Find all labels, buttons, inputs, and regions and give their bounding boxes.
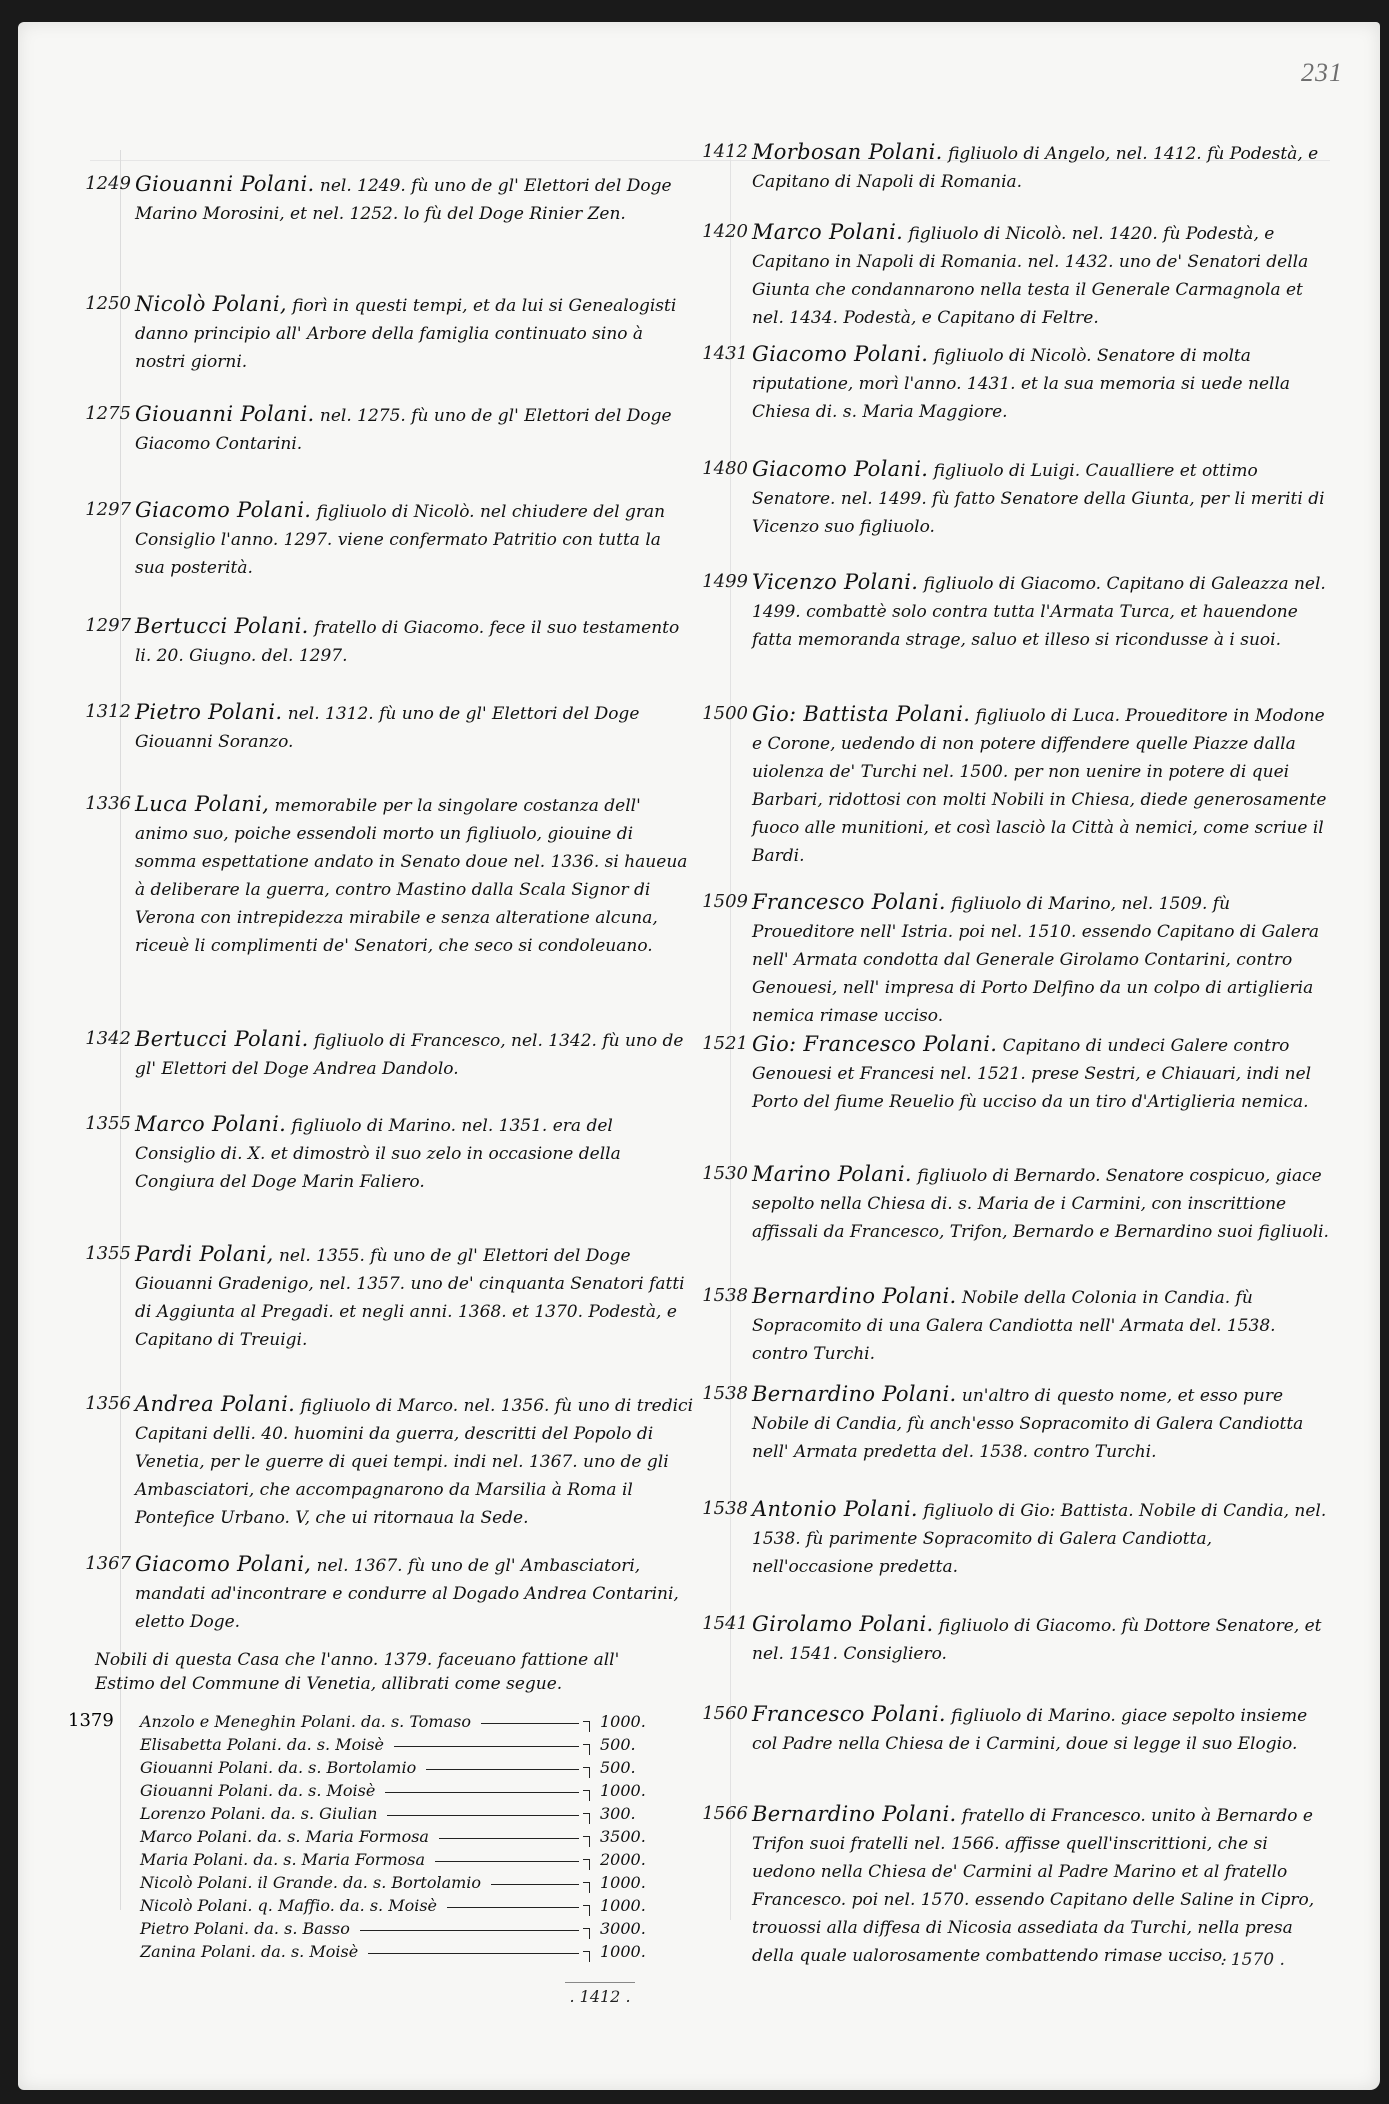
entry-year: 1499 — [684, 568, 748, 596]
estimo-amount: 1000. — [600, 1781, 660, 1800]
estimo-amount: 1000. — [600, 1873, 660, 1892]
entry-name: Marco Polani. — [135, 1112, 286, 1136]
entry: 1521Gio: Francesco Polani. Capitano di u… — [752, 1030, 1332, 1116]
entry-year: 1367 — [67, 1550, 131, 1578]
estimo-amount: 3000. — [600, 1919, 660, 1938]
leader-hook — [583, 1928, 590, 1939]
entry: 1249Giouanni Polani. nel. 1249. fù uno d… — [135, 170, 695, 228]
estimo-intro: Nobili di questa Casa che l'anno. 1379. … — [95, 1648, 675, 1696]
entry: 1530Marino Polani. figliuolo di Bernardo… — [752, 1160, 1332, 1246]
leader-hook — [583, 1951, 590, 1962]
leader-hook — [583, 1790, 590, 1801]
entry-year: 1541 — [684, 1610, 748, 1638]
entry-name: Pietro Polani. — [135, 700, 282, 724]
entry-year: 1538 — [684, 1380, 748, 1408]
entry-name: Pardi Polani, — [135, 1242, 274, 1266]
entry-text: figliuolo di Luca. Proueditore in Modone… — [752, 706, 1326, 866]
entry-year: 1500 — [684, 700, 748, 728]
estimo-row: Lorenzo Polani. da. s. Giulian300. — [140, 1802, 660, 1825]
entry: 1480Giacomo Polani. figliuolo di Luigi. … — [752, 455, 1332, 541]
right-footer-year: . 1570 . — [1220, 1950, 1285, 1970]
leader-hook — [583, 1744, 590, 1755]
estimo-row: Anzolo e Meneghin Polani. da. s. Tomaso1… — [140, 1710, 660, 1733]
estimo-row: Giouanni Polani. da. s. Bortolamio500. — [140, 1756, 660, 1779]
estimo-row: Marco Polani. da. s. Maria Formosa3500. — [140, 1825, 660, 1848]
entry: 1431Giacomo Polani. figliuolo di Nicolò.… — [752, 340, 1332, 426]
entry-name: Vicenzo Polani. — [752, 570, 918, 594]
leader-line — [368, 1953, 579, 1954]
estimo-amount: 1000. — [600, 1942, 660, 1961]
leader-line — [481, 1723, 579, 1724]
entry: 1509Francesco Polani. figliuolo di Marin… — [752, 888, 1332, 1030]
entry: 1342Bertucci Polani. figliuolo di France… — [135, 1025, 695, 1083]
entry-text: fratello di Francesco. unito à Bernardo … — [752, 1806, 1314, 1966]
entry-year: 1509 — [684, 888, 748, 916]
entry-name: Giouanni Polani. — [135, 402, 315, 426]
entry-name: Gio: Francesco Polani. — [752, 1032, 997, 1056]
entry: 1566Bernardino Polani. fratello di Franc… — [752, 1800, 1332, 1970]
entry-name: Francesco Polani. — [752, 1702, 946, 1726]
entry: 1250Nicolò Polani, fiorì in questi tempi… — [135, 290, 695, 376]
leader-line — [435, 1861, 579, 1862]
estimo-amount: 500. — [600, 1735, 660, 1754]
estimo-row: Maria Polani. da. s. Maria Formosa2000. — [140, 1848, 660, 1871]
entry: 1312Pietro Polani. nel. 1312. fù uno de … — [135, 698, 695, 756]
entry: 1541Girolamo Polani. figliuolo di Giacom… — [752, 1610, 1332, 1668]
entry-year: 1560 — [684, 1700, 748, 1728]
entry-name: Bernardino Polani. — [752, 1802, 956, 1826]
entry: 1355Pardi Polani, nel. 1355. fù uno de g… — [135, 1240, 695, 1354]
estimo-amount: 300. — [600, 1804, 660, 1823]
entry-year: 1250 — [67, 290, 131, 318]
entry-year: 1356 — [67, 1390, 131, 1418]
entry-year: 1312 — [67, 698, 131, 726]
entry: 1538Bernardino Polani. un'altro di quest… — [752, 1380, 1332, 1466]
entry-year: 1538 — [684, 1282, 748, 1310]
estimo-person: Marco Polani. da. s. Maria Formosa — [140, 1827, 429, 1846]
estimo-person: Giouanni Polani. da. s. Moisè — [140, 1781, 375, 1800]
entry-name: Marino Polani. — [752, 1162, 912, 1186]
entry: 1367Giacomo Polani, nel. 1367. fù uno de… — [135, 1550, 695, 1636]
entry-name: Morbosan Polani. — [752, 140, 943, 164]
estimo-year: 1379 — [68, 1710, 114, 1731]
entry-year: 1412 — [684, 138, 748, 166]
estimo-amount: 1000. — [600, 1896, 660, 1915]
entry-year: 1275 — [67, 400, 131, 428]
estimo-row: Nicolò Polani. q. Maffio. da. s. Moisè10… — [140, 1894, 660, 1917]
estimo-amount: 1000. — [600, 1712, 660, 1731]
entry-name: Giacomo Polani. — [752, 342, 928, 366]
entry-year: 1355 — [67, 1240, 131, 1268]
estimo-row: Elisabetta Polani. da. s. Moisè500. — [140, 1733, 660, 1756]
entry-name: Gio: Battista Polani. — [752, 702, 970, 726]
leader-hook — [583, 1721, 590, 1732]
leader-line — [426, 1769, 579, 1770]
entry-name: Giacomo Polani. — [752, 457, 928, 481]
entry: 1560Francesco Polani. figliuolo di Marin… — [752, 1700, 1332, 1758]
entry-year: 1342 — [67, 1025, 131, 1053]
entry: 1499Vicenzo Polani. figliuolo di Giacomo… — [752, 568, 1332, 654]
estimo-amount: 2000. — [600, 1850, 660, 1869]
entry: 1420Marco Polani. figliuolo di Nicolò. n… — [752, 218, 1332, 332]
entry-year: 1249 — [67, 170, 131, 198]
entry-year: 1336 — [67, 790, 131, 818]
entry-year: 1297 — [67, 496, 131, 524]
entry-name: Bertucci Polani. — [135, 614, 309, 638]
entry-year: 1297 — [67, 612, 131, 640]
entry: 1297Bertucci Polani. fratello di Giacomo… — [135, 612, 695, 670]
entry: 1500Gio: Battista Polani. figliuolo di L… — [752, 700, 1332, 870]
estimo-person: Anzolo e Meneghin Polani. da. s. Tomaso — [140, 1712, 471, 1731]
leader-line — [491, 1884, 579, 1885]
entry-year: 1538 — [684, 1495, 748, 1523]
estimo-person: Nicolò Polani. q. Maffio. da. s. Moisè — [140, 1896, 437, 1915]
leader-hook — [583, 1882, 590, 1893]
estimo-row: Nicolò Polani. il Grande. da. s. Bortola… — [140, 1871, 660, 1894]
entry-name: Luca Polani, — [135, 792, 269, 816]
estimo-person: Elisabetta Polani. da. s. Moisè — [140, 1735, 384, 1754]
entry-name: Andrea Polani. — [135, 1392, 295, 1416]
estimo-person: Pietro Polani. da. s. Basso — [140, 1919, 350, 1938]
entry: 1356Andrea Polani. figliuolo di Marco. n… — [135, 1390, 695, 1532]
entry: 1275Giouanni Polani. nel. 1275. fù uno d… — [135, 400, 695, 458]
entry: 1538Bernardino Polani. Nobile della Colo… — [752, 1282, 1332, 1368]
estimo-footer-year: . 1412 . — [565, 1982, 635, 2006]
entry-year: 1521 — [684, 1030, 748, 1058]
entry-name: Bernardino Polani. — [752, 1284, 956, 1308]
estimo-person: Lorenzo Polani. da. s. Giulian — [140, 1804, 377, 1823]
entry: 1538Antonio Polani. figliuolo di Gio: Ba… — [752, 1495, 1332, 1581]
entry-year: 1566 — [684, 1800, 748, 1828]
leader-line — [447, 1907, 579, 1908]
leader-hook — [583, 1767, 590, 1778]
entry-name: Giouanni Polani. — [135, 172, 315, 196]
leader-line — [385, 1792, 579, 1793]
entry: 1355Marco Polani. figliuolo di Marino. n… — [135, 1110, 695, 1196]
entry: 1336Luca Polani, memorabile per la singo… — [135, 790, 695, 960]
entry: 1297Giacomo Polani. figliuolo di Nicolò.… — [135, 496, 695, 582]
entry-name: Antonio Polani. — [752, 1497, 918, 1521]
entry-year: 1530 — [684, 1160, 748, 1188]
estimo-person: Zanina Polani. da. s. Moisè — [140, 1942, 358, 1961]
estimo-row: Zanina Polani. da. s. Moisè1000. — [140, 1940, 660, 1963]
estimo-amount: 500. — [600, 1758, 660, 1777]
entry-name: Marco Polani. — [752, 220, 903, 244]
estimo-person: Maria Polani. da. s. Maria Formosa — [140, 1850, 425, 1869]
estimo-amount: 3500. — [600, 1827, 660, 1846]
estimo-row: Giouanni Polani. da. s. Moisè1000. — [140, 1779, 660, 1802]
leader-line — [387, 1815, 579, 1816]
leader-hook — [583, 1905, 590, 1916]
entry-name: Bertucci Polani. — [135, 1027, 309, 1051]
entry-name: Bernardino Polani. — [752, 1382, 956, 1406]
entry: 1412Morbosan Polani. figliuolo di Angelo… — [752, 138, 1332, 196]
entry-text: memorabile per la singolare costanza del… — [135, 796, 687, 956]
estimo-person: Nicolò Polani. il Grande. da. s. Bortola… — [140, 1873, 481, 1892]
entry-year: 1480 — [684, 455, 748, 483]
entry-name: Giacomo Polani. — [135, 498, 311, 522]
entry-year: 1420 — [684, 218, 748, 246]
entry-name: Francesco Polani. — [752, 890, 946, 914]
leader-line — [394, 1746, 579, 1747]
entry-year: 1355 — [67, 1110, 131, 1138]
leader-line — [439, 1838, 579, 1839]
folio-number: 231 — [1301, 58, 1343, 88]
entry-name: Nicolò Polani, — [135, 292, 287, 316]
entry-name: Giacomo Polani, — [135, 1552, 311, 1576]
estimo-row: Pietro Polani. da. s. Basso3000. — [140, 1917, 660, 1940]
entry-year: 1431 — [684, 340, 748, 368]
estimo-person: Giouanni Polani. da. s. Bortolamio — [140, 1758, 416, 1777]
leader-hook — [583, 1836, 590, 1847]
leader-hook — [583, 1859, 590, 1870]
estimo-list: 1379 Anzolo e Meneghin Polani. da. s. To… — [140, 1710, 660, 1963]
leader-line — [360, 1930, 579, 1931]
entry-name: Girolamo Polani. — [752, 1612, 934, 1636]
leader-hook — [583, 1813, 590, 1824]
